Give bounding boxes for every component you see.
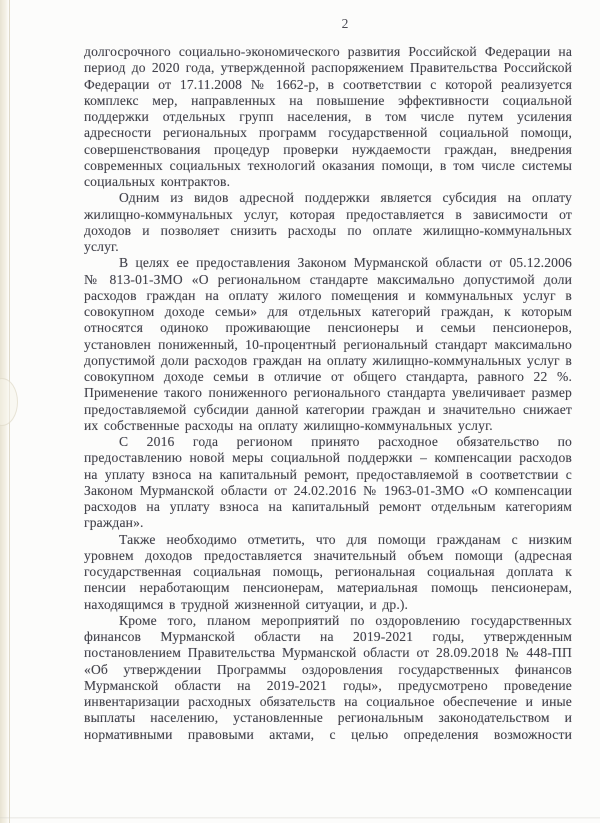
- paragraph-1: долгосрочного социально-экономического р…: [84, 44, 572, 190]
- page-number: 2: [330, 16, 360, 32]
- paragraph-2: Одним из видов адресной поддержки являет…: [84, 190, 572, 255]
- paragraph-3: В целях ее предоставления Законом Мурман…: [84, 255, 572, 434]
- scanned-page: 2 долгосрочного социально-экономического…: [0, 0, 600, 823]
- paragraph-4: С 2016 года регионом принято расходное о…: [84, 434, 572, 532]
- paragraph-5: Также необходимо отметить, что для помощ…: [84, 532, 572, 613]
- scan-bottom-edge: [0, 817, 600, 819]
- document-body: долгосрочного социально-экономического р…: [84, 44, 572, 743]
- paragraph-6: Кроме того, планом мероприятий по оздоро…: [84, 613, 572, 743]
- punch-mark: [0, 378, 18, 426]
